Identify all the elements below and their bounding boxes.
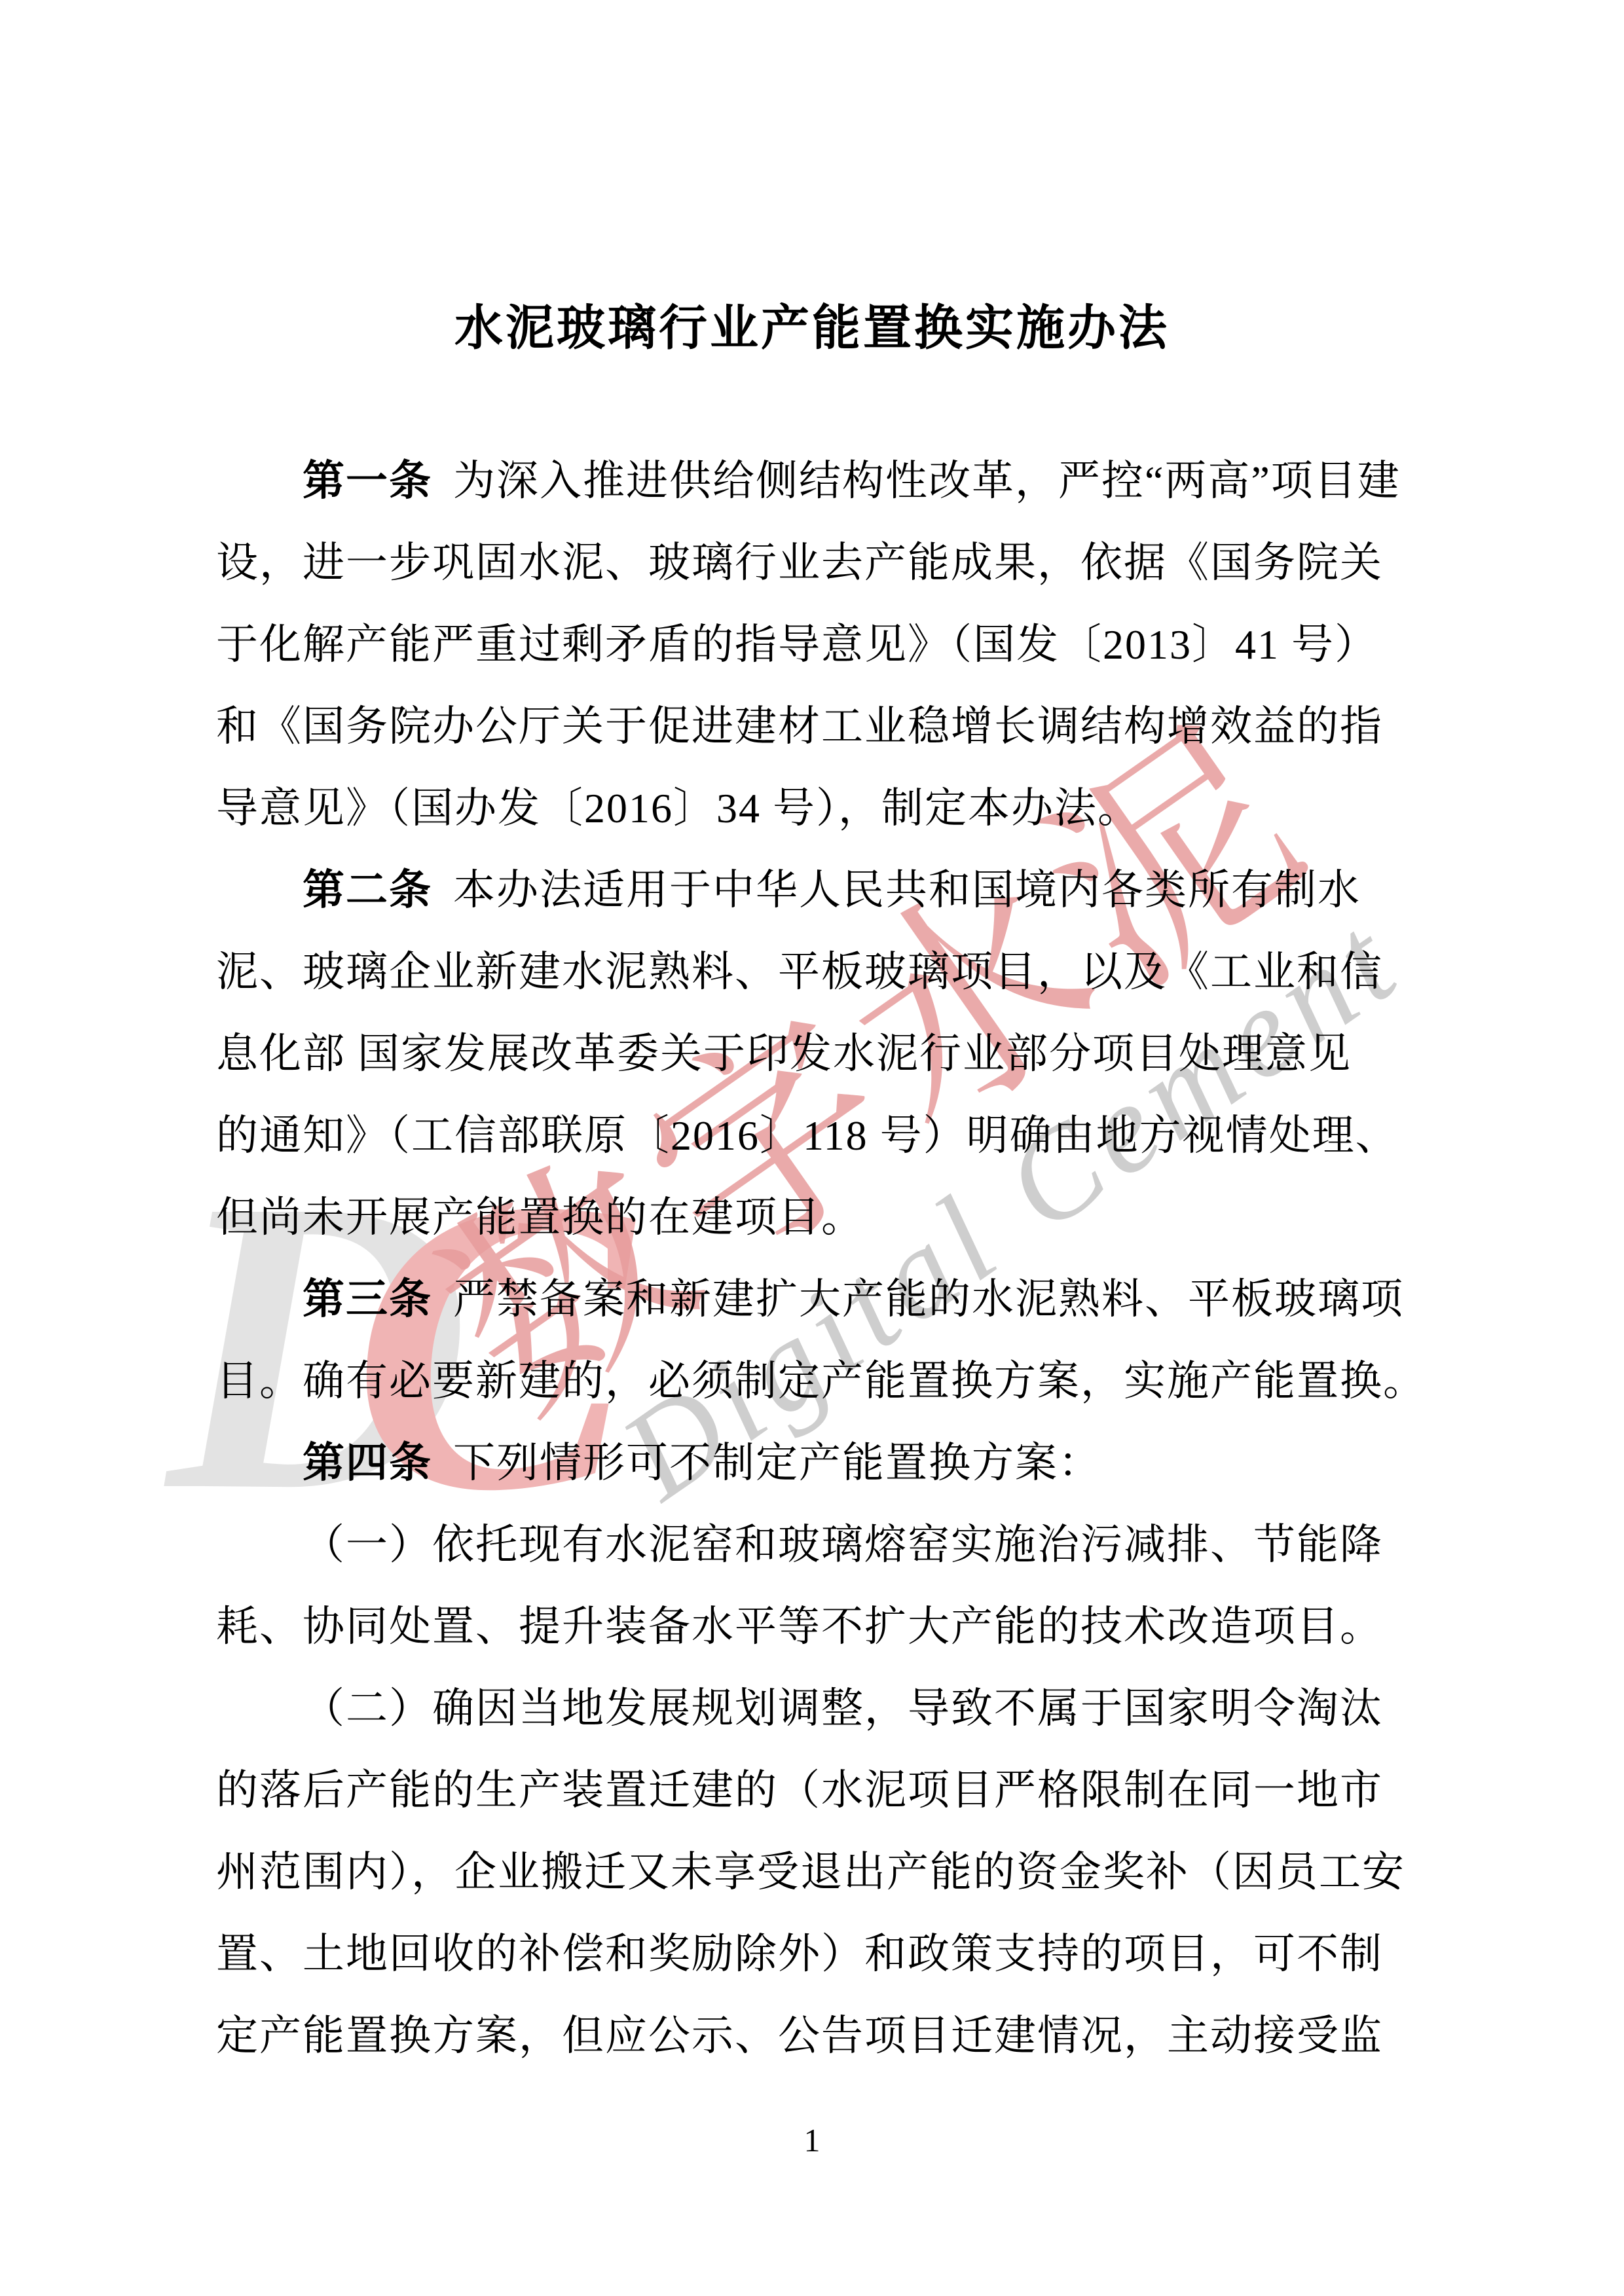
page-title: 水泥玻璃行业产能置换实施办法 [0, 301, 1624, 354]
document-page: DC 数字水泥 Digital Cement 水泥玻璃行业产能置换实施办法 第一… [0, 0, 1624, 2296]
text-line: 第一条为深入推进供给侧结构性改革，严控“两高”项目建 [216, 440, 1434, 522]
line-text: 于化解产能严重过剩矛盾的指导意见》（国发〔2013〕41 号） [216, 621, 1378, 668]
article-number: 第二条 [303, 866, 432, 913]
text-line: 设，进一步巩固水泥、玻璃行业去产能成果，依据《国务院关 [216, 522, 1434, 604]
line-text: 息化部 国家发展改革委关于印发水泥行业部分项目处理意见 [216, 1030, 1352, 1077]
line-text: 置、土地回收的补偿和奖励除外）和政策支持的项目，可不制 [216, 1931, 1383, 1977]
line-text: 耗、协同处置、提升装备水平等不扩大产能的技术改造项目。 [216, 1603, 1383, 1650]
text-line: 目。确有必要新建的，必须制定产能置换方案，实施产能置换。 [216, 1340, 1434, 1422]
text-line: （二）确因当地发展规划调整，导致不属于国家明令淘汰 [216, 1667, 1434, 1749]
line-text: 但尚未开展产能置换的在建项目。 [216, 1194, 864, 1241]
text-line: 泥、玻璃企业新建水泥熟料、平板玻璃项目，以及《工业和信 [216, 931, 1434, 1013]
line-text: 定产能置换方案，但应公示、公告项目迁建情况，主动接受监 [216, 2013, 1383, 2059]
line-text: 州范围内），企业搬迁又未享受退出产能的资金奖补（因员工安 [216, 1849, 1405, 1895]
line-text: 设，进一步巩固水泥、玻璃行业去产能成果，依据《国务院关 [216, 539, 1383, 586]
line-text: 和《国务院办公厅关于促进建材工业稳增长调结构增效益的指 [216, 703, 1383, 750]
line-text: 下列情形可不制定产能置换方案： [453, 1440, 1101, 1486]
article-number: 第一条 [303, 457, 432, 504]
text-line: 定产能置换方案，但应公示、公告项目迁建情况，主动接受监 [216, 1995, 1434, 2077]
text-line: 置、土地回收的补偿和奖励除外）和政策支持的项目，可不制 [216, 1913, 1434, 1995]
article-number: 第四条 [303, 1439, 432, 1486]
text-line: 的落后产能的生产装置迁建的（水泥项目严格限制在同一地市 [216, 1749, 1434, 1831]
page-number: 1 [0, 2124, 1624, 2157]
text-line: （一）依托现有水泥窑和玻璃熔窑实施治污减排、节能降 [216, 1504, 1434, 1586]
text-line: 的通知》（工信部联原〔2016〕118 号）明确由地方视情处理、 [216, 1095, 1434, 1176]
text-line: 第二条本办法适用于中华人民共和国境内各类所有制水 [216, 849, 1434, 931]
text-line: 耗、协同处置、提升装备水平等不扩大产能的技术改造项目。 [216, 1586, 1434, 1667]
article-number: 第三条 [303, 1275, 432, 1322]
line-text: （二）确因当地发展规划调整，导致不属于国家明令淘汰 [303, 1685, 1383, 1732]
text-line: 于化解产能严重过剩矛盾的指导意见》（国发〔2013〕41 号） [216, 604, 1434, 685]
line-text: 目。确有必要新建的，必须制定产能置换方案，实施产能置换。 [216, 1358, 1426, 1404]
line-text: 本办法适用于中华人民共和国境内各类所有制水 [453, 867, 1361, 913]
text-line: 第四条下列情形可不制定产能置换方案： [216, 1422, 1434, 1504]
line-text: 为深入推进供给侧结构性改革，严控“两高”项目建 [453, 458, 1401, 504]
text-line: 和《国务院办公厅关于促进建材工业稳增长调结构增效益的指 [216, 685, 1434, 767]
line-text: 的落后产能的生产装置迁建的（水泥项目严格限制在同一地市 [216, 1767, 1383, 1813]
document-body: 水泥玻璃行业产能置换实施办法 第一条为深入推进供给侧结构性改革，严控“两高”项目… [0, 0, 1624, 2296]
text-line: 息化部 国家发展改革委关于印发水泥行业部分项目处理意见 [216, 1013, 1434, 1095]
text-line: 第三条严禁备案和新建扩大产能的水泥熟料、平板玻璃项 [216, 1258, 1434, 1340]
line-text: （一）依托现有水泥窑和玻璃熔窑实施治污减排、节能降 [303, 1522, 1383, 1568]
text-line: 导意见》（国办发〔2016〕34 号），制定本办法。 [216, 767, 1434, 849]
line-text: 严禁备案和新建扩大产能的水泥熟料、平板玻璃项 [453, 1276, 1404, 1322]
text-line: 但尚未开展产能置换的在建项目。 [216, 1176, 1434, 1258]
line-text: 泥、玻璃企业新建水泥熟料、平板玻璃项目，以及《工业和信 [216, 949, 1383, 995]
line-text: 导意见》（国办发〔2016〕34 号），制定本办法。 [216, 785, 1141, 831]
line-text: 的通知》（工信部联原〔2016〕118 号）明确由地方视情处理、 [216, 1112, 1399, 1159]
text-line: 州范围内），企业搬迁又未享受退出产能的资金奖补（因员工安 [216, 1831, 1434, 1913]
document-content: 第一条为深入推进供给侧结构性改革，严控“两高”项目建 设，进一步巩固水泥、玻璃行… [216, 440, 1434, 2077]
